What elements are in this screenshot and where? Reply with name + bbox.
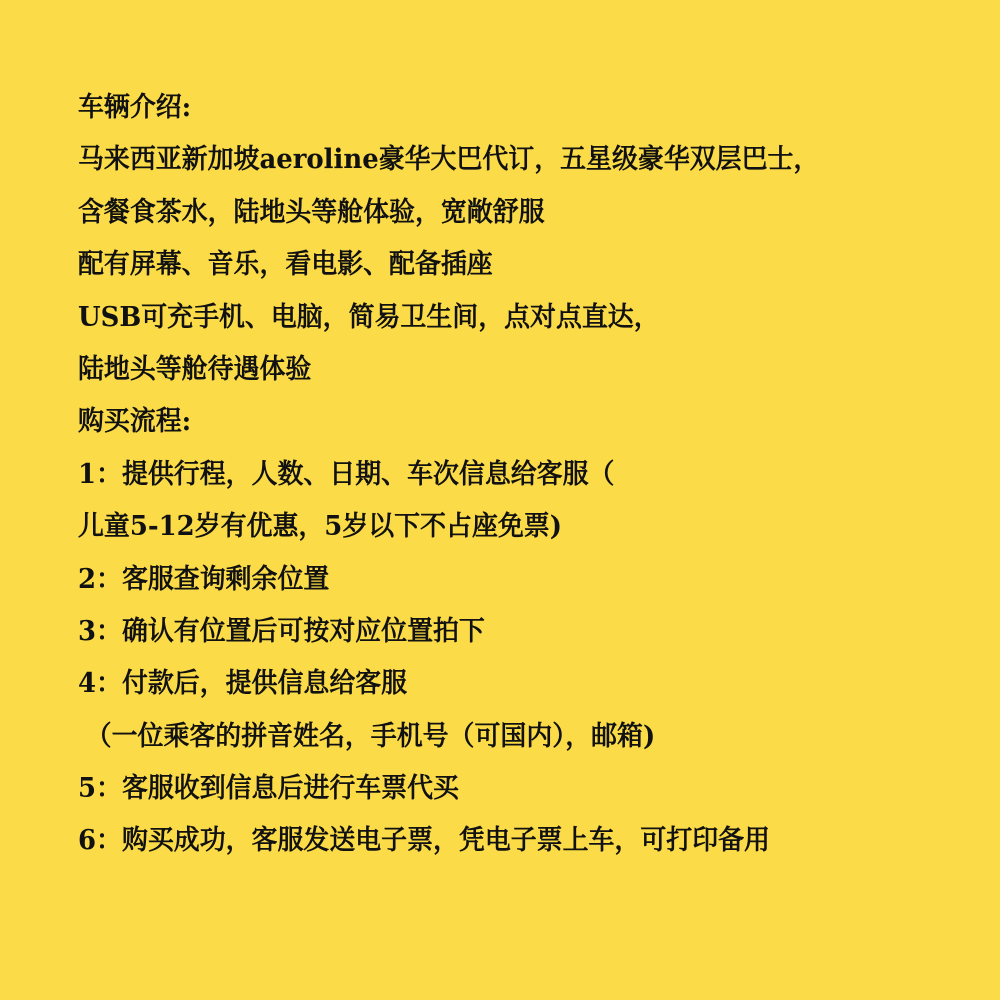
vehicle-intro-line: 配有屏幕、音乐，看电影、配备插座 <box>78 239 923 291</box>
vehicle-intro-line: USB可充手机、电脑，简易卫生间，点对点直达， <box>78 292 923 344</box>
vehicle-intro-heading: 车辆介绍: <box>78 82 923 134</box>
info-text-block: 车辆介绍: 马来西亚新加坡aeroline豪华大巴代订，五星级豪华双层巴士， 含… <box>78 82 958 868</box>
vehicle-intro-line: 马来西亚新加坡aeroline豪华大巴代订，五星级豪华双层巴士， <box>78 134 923 186</box>
purchase-step-5: 5：客服收到信息后进行车票代买 <box>78 763 923 815</box>
vehicle-intro-line: 陆地头等舱待遇体验 <box>78 344 923 396</box>
purchase-step-3: 3：确认有位置后可按对应位置拍下 <box>78 606 923 658</box>
purchase-step-1: 1：提供行程，人数、日期、车次信息给客服（ <box>78 449 923 501</box>
purchase-step-1-note: 儿童5-12岁有优惠，5岁以下不占座免票) <box>78 501 923 553</box>
purchase-process-heading: 购买流程: <box>78 396 923 448</box>
purchase-step-4-note: （一位乘客的拼音姓名，手机号（可国内），邮箱) <box>78 711 923 763</box>
purchase-step-4: 4：付款后，提供信息给客服 <box>78 658 923 710</box>
vehicle-intro-line: 含餐食茶水，陆地头等舱体验，宽敞舒服 <box>78 187 923 239</box>
purchase-step-6: 6：购买成功，客服发送电子票，凭电子票上车，可打印备用 <box>78 815 923 867</box>
purchase-step-2: 2：客服查询剩余位置 <box>78 554 923 606</box>
